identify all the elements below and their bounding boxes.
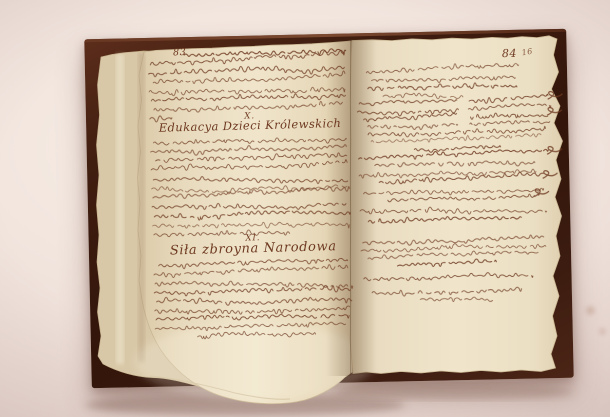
photograph-scene: 83 X. Edukacya Dzieci Królewskich XI. Si… — [0, 0, 610, 417]
page-fold-highlight — [116, 54, 124, 364]
handwriting-line — [147, 107, 182, 130]
book-shadow — [335, 384, 575, 400]
handwriting-line — [417, 286, 502, 310]
handwriting-right — [356, 53, 559, 318]
handwriting-left — [148, 45, 356, 362]
left-page-text-block: 83 X. Edukacya Dzieci Królewskich XI. Si… — [148, 45, 356, 362]
handwriting-line — [151, 220, 300, 246]
handwriting-line — [194, 322, 325, 347]
right-page-text-block: 8416 — [356, 53, 559, 318]
page-fold-shadow — [138, 52, 145, 362]
